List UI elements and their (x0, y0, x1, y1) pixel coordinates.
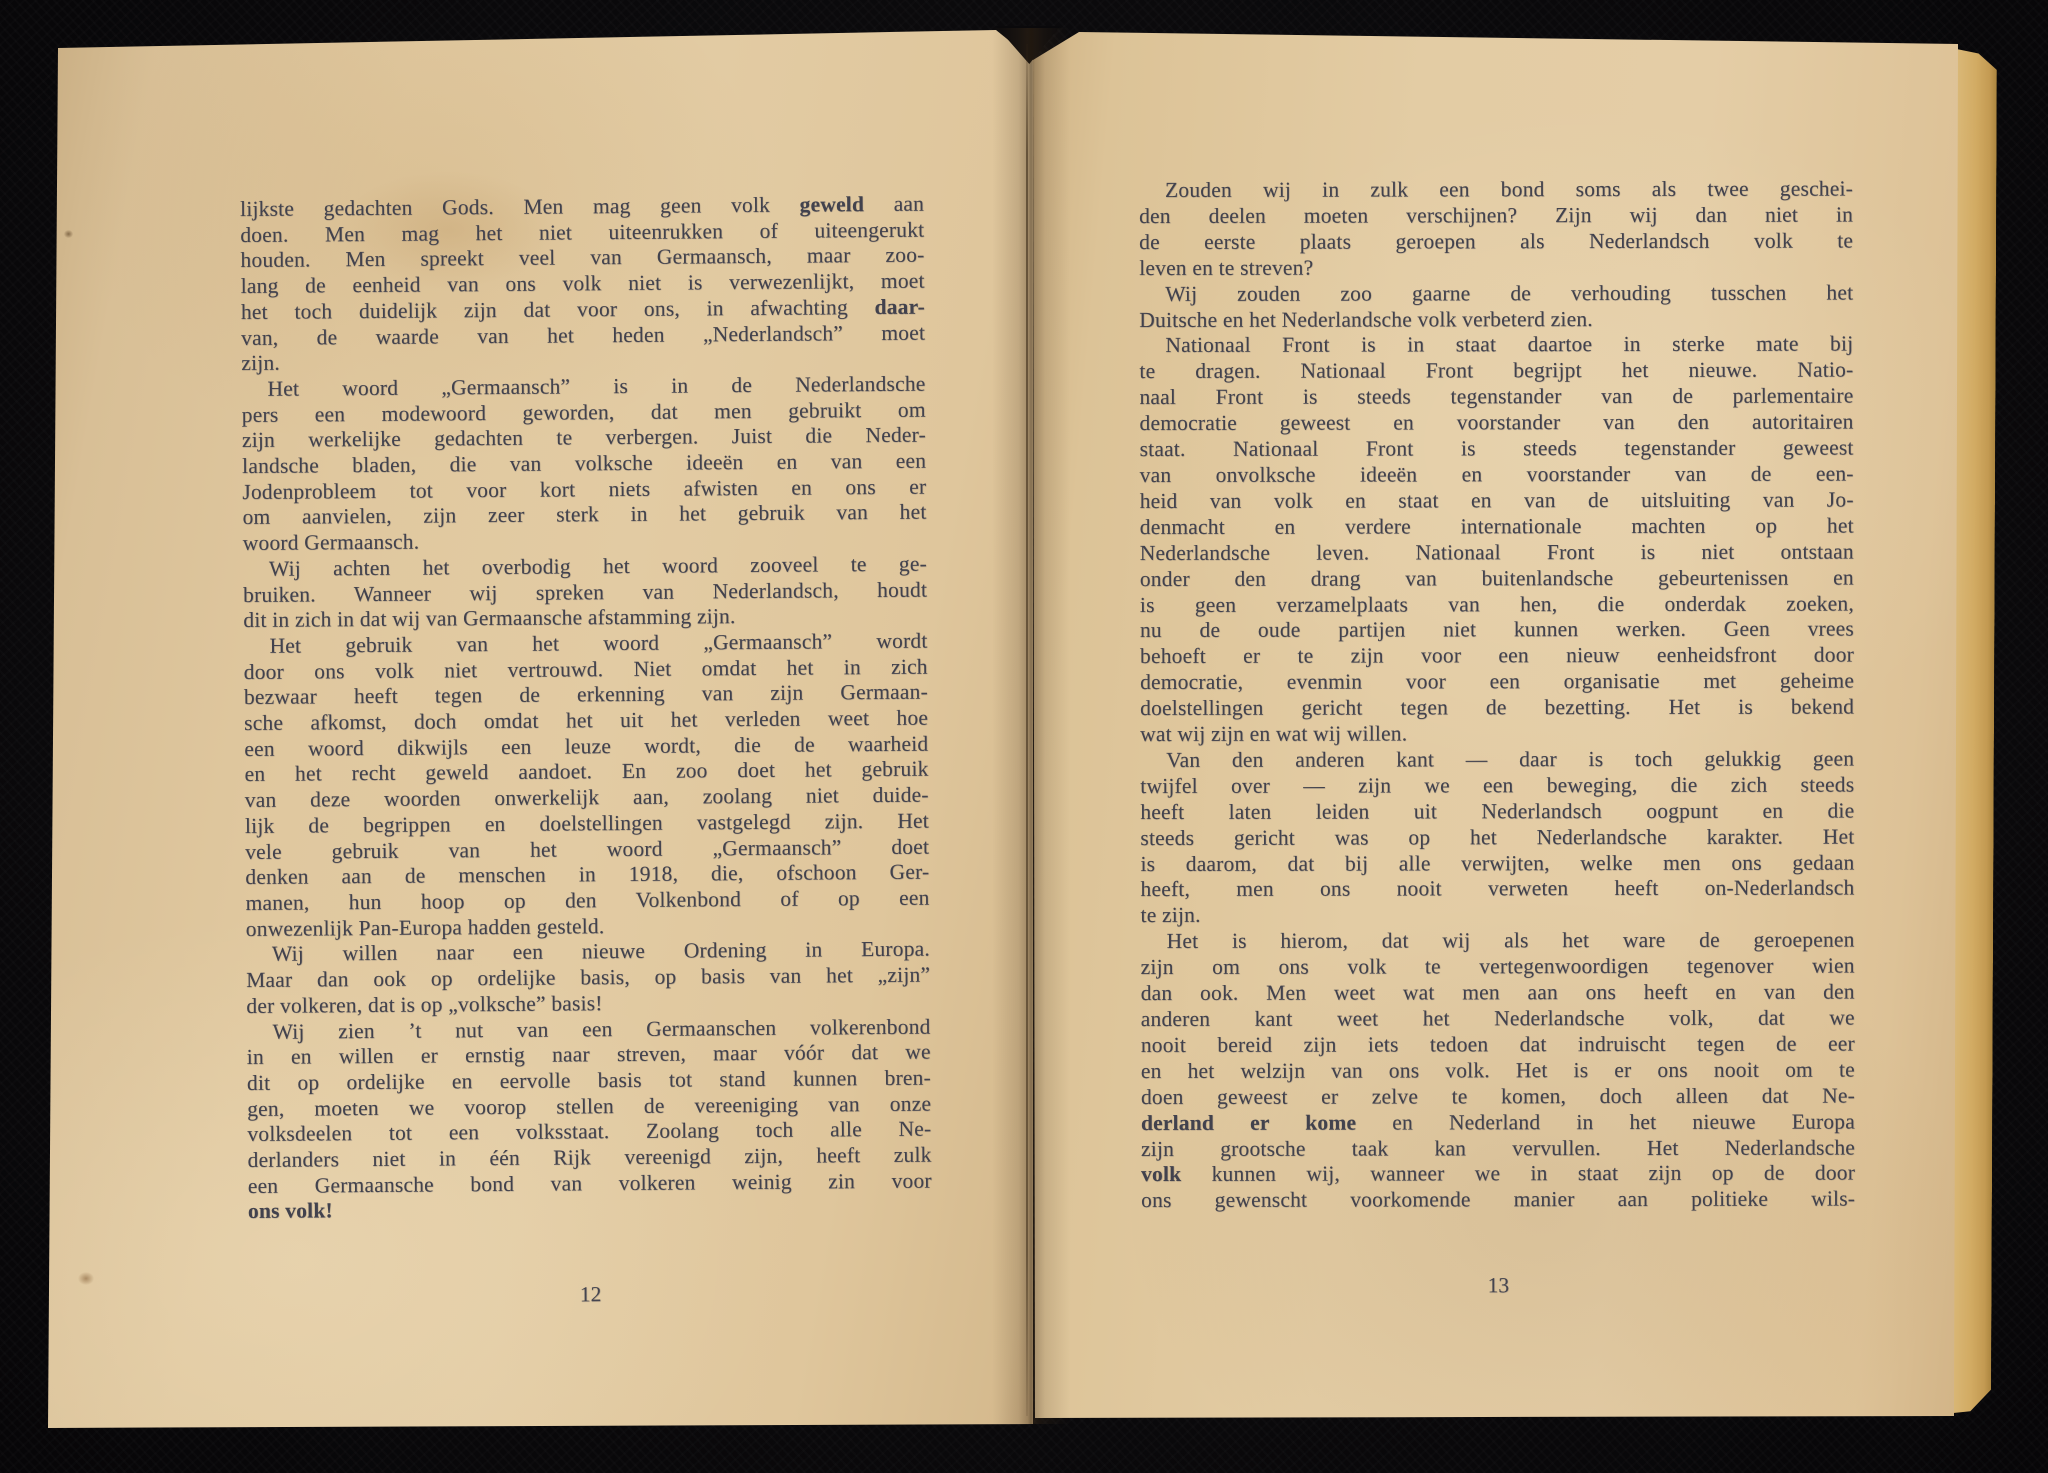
text-run: woord Germaansch. (243, 530, 420, 555)
text-line: derland er kome en Nederland in het nieu… (1141, 1109, 1855, 1136)
text-run: democratie, evenmin voor een organisatie… (1140, 669, 1854, 694)
text-run: pers een modewoord geworden, dat men geb… (242, 397, 926, 426)
text-line: Wij zouden zoo gaarne de verhouding tuss… (1139, 280, 1853, 307)
text-line: behoeft er te zijn voor een nieuw eenhei… (1140, 643, 1854, 670)
text-line: de eerste plaats geroepen als Nederlands… (1139, 228, 1853, 255)
text-run: doelstellingen gericht tegen de bezettin… (1140, 695, 1854, 720)
text-run: om aanvielen, zijn zeer sterk in het geb… (242, 500, 926, 529)
text-run: van onvolksche ideeën en voorstander van… (1140, 461, 1854, 486)
text-run: Wij willen naar een nieuwe Ordening in E… (272, 937, 930, 966)
text-run: is geen verzamelplaats van hen, die onde… (1140, 591, 1854, 616)
text-line: heeft, men ons nooit verweten heeft on-N… (1140, 876, 1854, 903)
text-run: een Germaansche bond van volkeren weinig… (248, 1168, 932, 1197)
text-run: dit op ordelijke en eervolle basis tot s… (247, 1066, 931, 1095)
text-line: Nederlandsche leven. Nationaal Front is … (1140, 539, 1854, 566)
text-line: van onvolksche ideeën en voorstander van… (1140, 461, 1854, 488)
text-line: Het is hierom, dat wij als het ware de g… (1141, 928, 1855, 955)
page-left: lijkste gedachten Gods. Men mag geen vol… (48, 30, 1033, 1428)
text-line: heid van volk en staat en van de uitslui… (1140, 487, 1854, 514)
text-line: en het welzijn van ons volk. Het is er o… (1141, 1057, 1855, 1084)
text-run: lijk de begrippen en doelstellingen vast… (245, 808, 929, 837)
text-run: dan ook. Men weet wat men aan ons heeft … (1141, 980, 1855, 1005)
text-line: ons gewenscht voorkomende manier aan pol… (1141, 1187, 1855, 1214)
text-line: wat wij zijn en wat wij willen. (1140, 721, 1854, 748)
text-run: nu de oude partijen niet kunnen werken. … (1140, 617, 1854, 642)
text-run: democratie geweest en voorstander van de… (1139, 410, 1853, 435)
text-run: lang de eenheid van ons volk niet is ver… (241, 269, 925, 298)
text-run: Het woord „Germaansch” is in de Nederlan… (267, 372, 925, 401)
text-run: Zouden wij in zulk een bond soms als twe… (1165, 177, 1853, 202)
text-run: denken aan de menschen in 1918, die, ofs… (245, 860, 929, 889)
text-line: ons volk! (248, 1194, 932, 1225)
text-run: gen, moeten we voorop stellen de vereeni… (247, 1091, 931, 1120)
text-run: steeds gericht was op het Nederlandsche … (1140, 824, 1854, 849)
paper-stain (64, 230, 73, 238)
text-line: den deelen moeten verschijnen? Zijn wij … (1139, 202, 1853, 229)
text-run: kunnen wij, wanneer we in staat zijn op … (1181, 1161, 1855, 1186)
text-run: door ons volk niet vertrouwd. Niet omdat… (244, 654, 928, 683)
text-run: Maar dan ook op ordelijke basis, op basi… (246, 963, 930, 992)
text-run: doen geweest er zelve te komen, doch all… (1141, 1083, 1855, 1108)
text-run: lijkste gedachten Gods. Men mag geen vol… (240, 193, 800, 221)
text-run: heeft, men ons nooit verweten heeft on-N… (1140, 876, 1854, 901)
text-line: steeds gericht was op het Nederlandsche … (1140, 824, 1854, 851)
text-run: Nationaal Front is in staat daartoe in s… (1165, 332, 1853, 357)
text-run: de eerste plaats geroepen als Nederlands… (1139, 228, 1853, 253)
text-run: heid van volk en staat en van de uitslui… (1140, 487, 1854, 512)
text-run: zijn. (241, 351, 280, 375)
paper-stain (78, 1272, 94, 1285)
text-run: heeft laten leiden uit Nederlandsch oogp… (1140, 798, 1854, 823)
text-line: onder den drang van buitenlandsche gebeu… (1140, 565, 1854, 592)
bold-text-run: daar- (874, 294, 925, 318)
text-run: naal Front is steeds tegenstander van de… (1139, 384, 1853, 409)
text-run: vele gebruik van het woord „Germaansch” … (245, 834, 929, 863)
text-run: houden. Men spreekt veel van Germaansch,… (240, 243, 924, 272)
text-line: te dragen. Nationaal Front begrijpt het … (1139, 358, 1853, 385)
page-left-text: lijkste gedachten Gods. Men mag geen vol… (240, 192, 933, 1310)
text-run: Het is hierom, dat wij als het ware de g… (1167, 928, 1855, 953)
text-run: een woord dikwijls een leuze wordt, die … (244, 731, 928, 760)
text-line: naal Front is steeds tegenstander van de… (1139, 384, 1853, 411)
text-run: zijn grootsche taak kan vervullen. Het N… (1141, 1135, 1855, 1160)
text-line: is daarom, dat bij alle verwijten, welke… (1140, 850, 1854, 877)
text-run: staat. Nationaal Front is steeds tegenst… (1140, 436, 1854, 461)
text-run: landsche bladen, die van volksche ideeën… (242, 449, 926, 478)
text-run: anderen kant weet het Nederlandsche volk… (1141, 1006, 1855, 1031)
text-line: heeft laten leiden uit Nederlandsch oogp… (1140, 798, 1854, 825)
text-run: te zijn. (1141, 903, 1201, 927)
text-run: Het gebruik van het woord „Germaansch” w… (269, 629, 927, 658)
text-line: democratie geweest en voorstander van de… (1139, 410, 1853, 437)
page-number: 13 (1141, 1273, 1855, 1299)
text-run: van deze woorden onwerkelijk aan, zoolan… (245, 783, 929, 812)
text-run: den deelen moeten verschijnen? Zijn wij … (1139, 202, 1853, 227)
bold-text-run: geweld (799, 192, 864, 217)
text-run: dit in zich in dat wij van Germaansche a… (243, 604, 735, 632)
text-run: der volkeren, dat is op „volksche” basis… (246, 991, 602, 1018)
text-run: Nederlandsche leven. Nationaal Front is … (1140, 539, 1854, 564)
text-line: zijn om ons volk te vertegenwoordigen te… (1141, 954, 1855, 981)
text-run: wat wij zijn en wat wij willen. (1140, 721, 1407, 746)
bold-text-run: ons volk! (248, 1199, 333, 1224)
text-run: Wij zouden zoo gaarne de verhouding tuss… (1165, 280, 1853, 305)
text-run: en Nederland in het nieuwe Europa (1356, 1109, 1855, 1134)
text-run: het toch duidelijk zijn dat voor ons, in… (241, 295, 875, 324)
page-right: Zouden wij in zulk een bond soms als twe… (1033, 28, 1958, 1420)
text-run: onder den drang van buitenlandsche gebeu… (1140, 565, 1854, 590)
text-run: behoeft er te zijn voor een nieuw eenhei… (1140, 643, 1854, 668)
text-line: te zijn. (1141, 902, 1855, 929)
text-line: Nationaal Front is in staat daartoe in s… (1139, 332, 1853, 359)
text-line: zijn grootsche taak kan vervullen. Het N… (1141, 1135, 1855, 1162)
text-run: doen. Men mag het niet uiteenrukken of u… (240, 217, 924, 246)
bold-text-run: derland er kome (1141, 1110, 1356, 1134)
text-line: nu de oude partijen niet kunnen werken. … (1140, 617, 1854, 644)
text-line: leven en te streven? (1139, 254, 1853, 281)
text-run: onwezenlijk Pan-Europa hadden gesteld. (246, 914, 605, 941)
text-line: doelstellingen gericht tegen de bezettin… (1140, 695, 1854, 722)
text-run: van, de waarde van het heden „Nederlands… (241, 320, 925, 349)
text-run: te dragen. Nationaal Front begrijpt het … (1139, 358, 1853, 383)
text-run: nooit bereid zijn iets tedoen dat indrui… (1141, 1031, 1855, 1056)
text-line: staat. Nationaal Front is steeds tegenst… (1140, 436, 1854, 463)
text-run: twijfel over — zijn we een beweging, die… (1140, 772, 1854, 797)
text-run: Duitsche en het Nederlandsche volk verbe… (1139, 307, 1593, 332)
text-line: Maar dan ook op ordelijke basis, op basi… (246, 963, 930, 994)
text-run: bezwaar heeft tegen de erkenning van zij… (244, 680, 928, 709)
text-run: leven en te streven? (1139, 255, 1313, 279)
text-run: ons gewenscht voorkomende manier aan pol… (1141, 1187, 1855, 1212)
text-run: zijn om ons volk te vertegenwoordigen te… (1141, 954, 1855, 979)
text-run: aan (864, 192, 924, 216)
bold-text-run: volk (1141, 1162, 1181, 1186)
text-line: doen geweest er zelve te komen, doch all… (1141, 1083, 1855, 1110)
text-line: denmacht en verdere internationale macht… (1140, 513, 1854, 540)
text-line: twijfel over — zijn we een beweging, die… (1140, 772, 1854, 799)
text-line: dan ook. Men weet wat men aan ons heeft … (1141, 980, 1855, 1007)
text-run: derlanders niet in één Rijk vereenigd zi… (247, 1143, 931, 1172)
text-line: manen, hun hoop op den Volkenbond of op … (245, 886, 929, 917)
text-run: volksdeelen tot een volksstaat. Zoolang … (247, 1117, 931, 1146)
text-run: manen, hun hoop op den Volkenbond of op … (245, 886, 929, 915)
text-line: volk kunnen wij, wanneer we in staat zij… (1141, 1161, 1855, 1188)
text-run: in en willen er ernstig naar streven, ma… (247, 1040, 931, 1069)
text-line: is geen verzamelplaats van hen, die onde… (1140, 591, 1854, 618)
text-line: democratie, evenmin voor een organisatie… (1140, 669, 1854, 696)
text-run: bruiken. Wanneer wij spreken van Nederla… (243, 577, 927, 606)
text-line: nooit bereid zijn iets tedoen dat indrui… (1141, 1031, 1855, 1058)
text-run: Wij zien ’t nut van een Germaanschen vol… (272, 1014, 930, 1043)
text-line: Duitsche en het Nederlandsche volk verbe… (1139, 306, 1853, 333)
text-run: Jodenprobleem tot voor kort niets afwist… (242, 474, 926, 503)
text-run: sche afkomst, doch omdat het uit het ver… (244, 706, 928, 735)
text-line: Van den anderen kant — daar is toch gelu… (1140, 746, 1854, 773)
text-run: en het welzijn van ons volk. Het is er o… (1141, 1057, 1855, 1082)
text-run: zijn werkelijke gedachten te verbergen. … (242, 423, 926, 452)
page-right-text: Zouden wij in zulk een bond soms als twe… (1139, 177, 1855, 1300)
text-line: Zouden wij in zulk een bond soms als twe… (1139, 177, 1853, 204)
page-number: 12 (249, 1280, 933, 1310)
text-run: Van den anderen kant — daar is toch gelu… (1166, 746, 1854, 771)
text-run: denmacht en verdere internationale macht… (1140, 513, 1854, 538)
text-run: is daarom, dat bij alle verwijten, welke… (1140, 850, 1854, 875)
text-run: Wij achten het overbodig het woord zoove… (269, 551, 927, 580)
text-line: anderen kant weet het Nederlandsche volk… (1141, 1006, 1855, 1033)
text-run: en het recht geweld aandoet. En zoo doet… (244, 757, 928, 786)
